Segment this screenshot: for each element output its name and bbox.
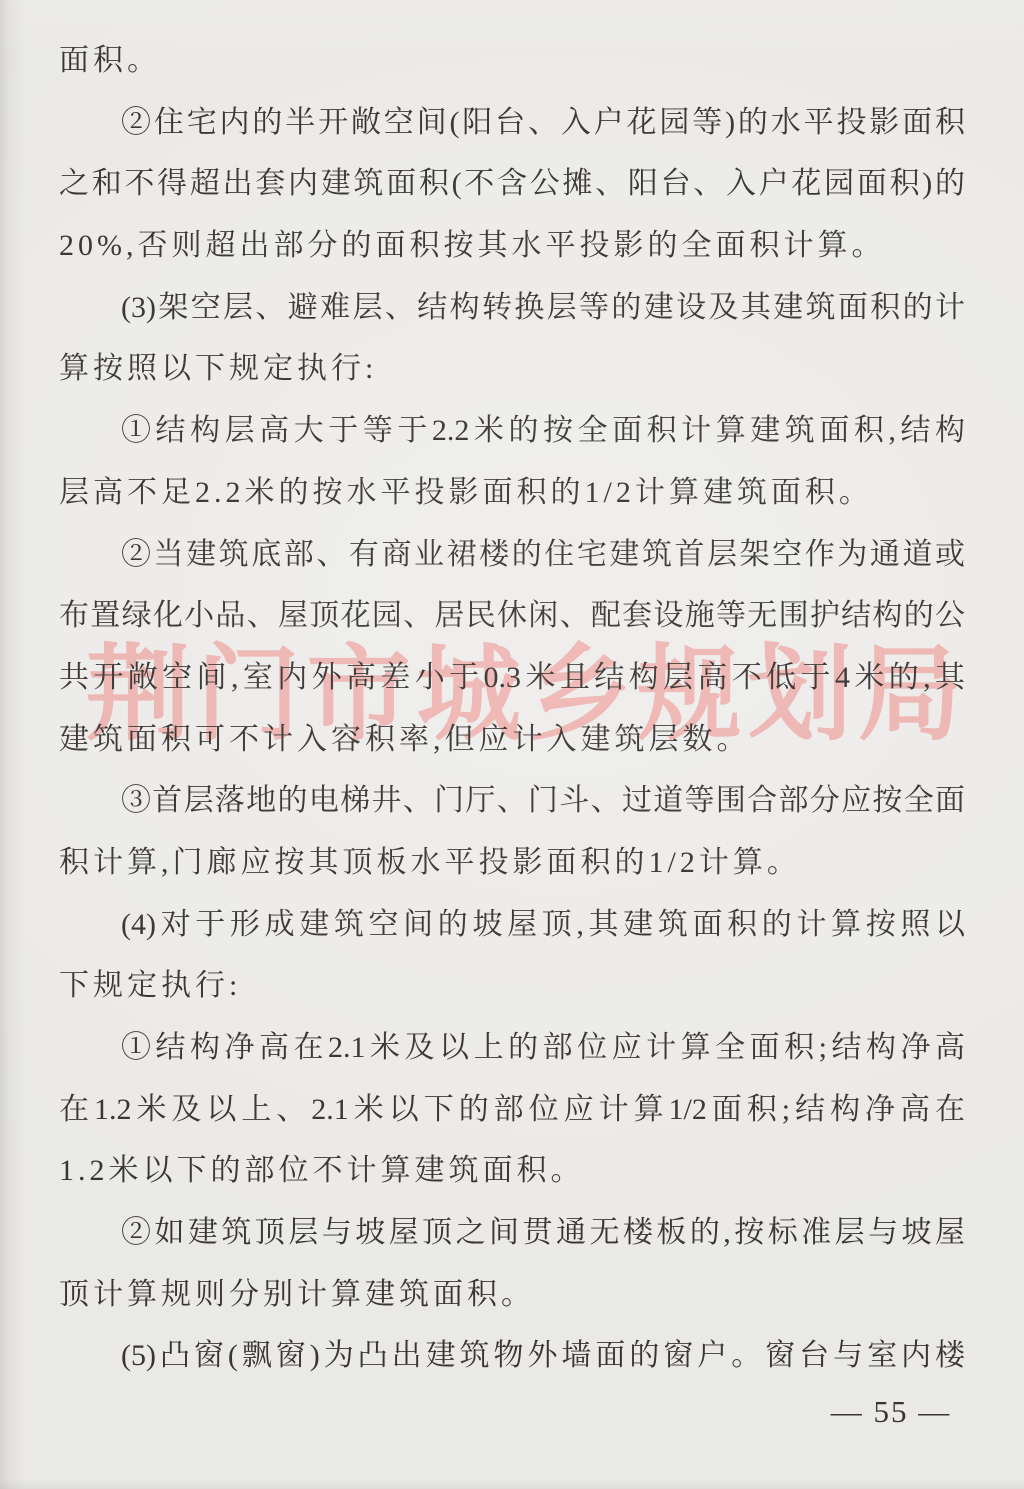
page-number: — 55 —	[826, 1386, 956, 1438]
doc-line: 算按照以下规定执行:	[59, 338, 965, 400]
doc-line: 层高不足2.2米的按水平投影面积的1/2计算建筑面积。	[59, 462, 965, 524]
doc-line: 共开敞空间,室内外高差小于0.3米且结构层高不低于4米的,其	[59, 647, 965, 709]
doc-line: 20%,否则超出部分的面积按其水平投影的全面积计算。	[59, 215, 965, 277]
doc-line: (3)架空层、避难层、结构转换层等的建设及其建筑面积的计	[59, 277, 965, 339]
doc-line: ③首层落地的电梯井、门厅、门斗、过道等围合部分应按全面	[59, 770, 965, 832]
doc-line: 积计算,门廊应按其顶板水平投影面积的1/2计算。	[59, 832, 965, 894]
doc-line: 在1.2米及以上、2.1米以下的部位应计算1/2面积;结构净高在	[59, 1079, 965, 1141]
doc-line: ②如建筑顶层与坡屋顶之间贯通无楼板的,按标准层与坡屋	[59, 1202, 965, 1264]
doc-line: ①结构层高大于等于2.2米的按全面积计算建筑面积,结构	[59, 400, 965, 462]
doc-line: 布置绿化小品、屋顶花园、居民休闲、配套设施等无围护结构的公	[59, 585, 965, 647]
doc-line: 1.2米以下的部位不计算建筑面积。	[59, 1140, 965, 1202]
doc-line: 之和不得超出套内建筑面积(不含公摊、阳台、入户花园面积)的	[59, 153, 965, 215]
doc-line: 顶计算规则分别计算建筑面积。	[59, 1264, 965, 1326]
doc-line: ①结构净高在2.1米及以上的部位应计算全面积;结构净高	[59, 1017, 965, 1079]
doc-line: ②住宅内的半开敞空间(阳台、入户花园等)的水平投影面积	[59, 92, 965, 154]
doc-line: ②当建筑底部、有商业裙楼的住宅建筑首层架空作为通道或	[59, 524, 965, 586]
scanned-document-page: { "document": { "lines": [ {"text": "面积。…	[0, 0, 1024, 1489]
doc-line: 下规定执行:	[59, 955, 965, 1017]
doc-line: (5)凸窗(飘窗)为凸出建筑物外墙面的窗户。窗台与室内楼	[59, 1325, 965, 1387]
doc-line: (4)对于形成建筑空间的坡屋顶,其建筑面积的计算按照以	[59, 894, 965, 956]
document-text-block: 面积。②住宅内的半开敞空间(阳台、入户花园等)的水平投影面积之和不得超出套内建筑…	[59, 30, 965, 1387]
doc-line: 建筑面积可不计入容积率,但应计入建筑层数。	[59, 709, 965, 771]
doc-line: 面积。	[59, 30, 965, 92]
